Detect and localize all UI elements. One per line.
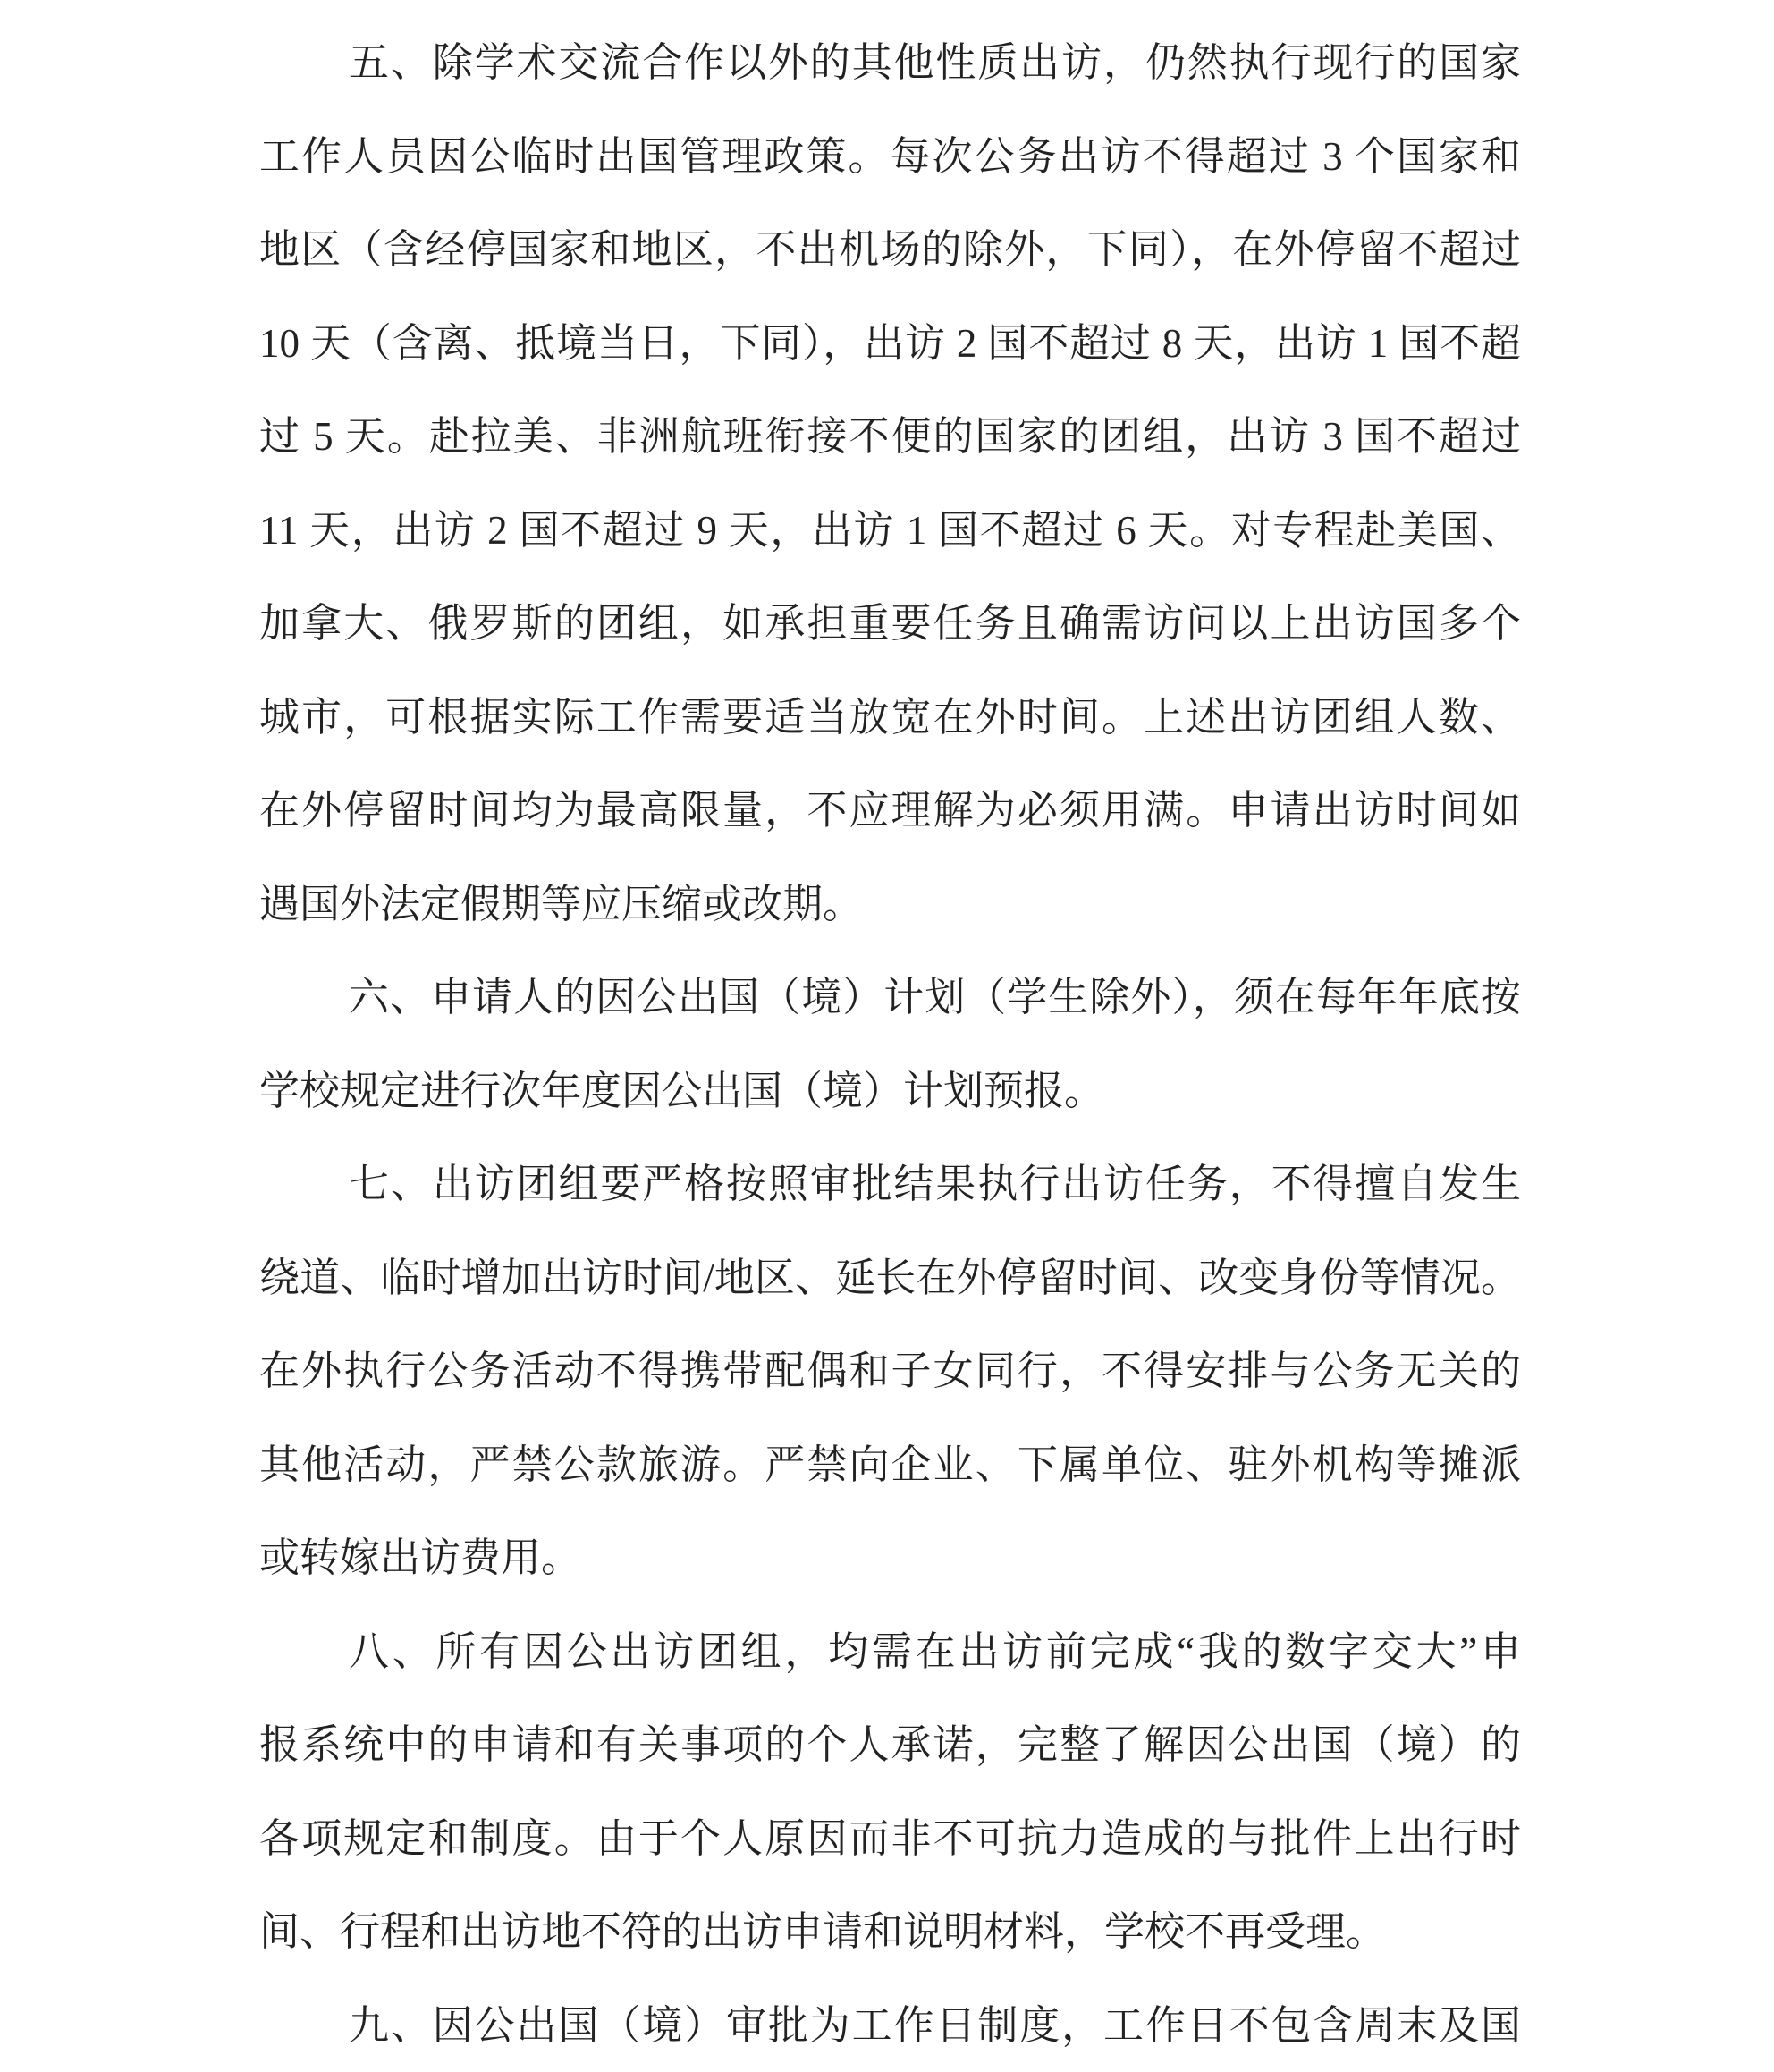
text-line: 间、行程和出访地不符的出访申请和说明材料，学校不再受理。 <box>259 1885 1521 1979</box>
paragraph: 六、申请人的因公出国（境）计划（学生除外），须在每年年底按学校规定进行次年度因公… <box>259 951 1521 1137</box>
text-line: 城市，可根据实际工作需要适当放宽在外时间。上述出访团组人数、 <box>259 671 1521 765</box>
text-line: 八、所有因公出访团组，均需在出访前完成“我的数字交大”申 <box>259 1605 1521 1699</box>
text-line: 六、申请人的因公出国（境）计划（学生除外），须在每年年底按 <box>259 951 1521 1044</box>
paragraph: 七、出访团组要严格按照审批结果执行出访任务，不得擅自发生绕道、临时增加出访时间/… <box>259 1137 1521 1605</box>
text-line: 绕道、临时增加出访时间/地区、延长在外停留时间、改变身份等情况。 <box>259 1231 1521 1325</box>
text-line: 七、出访团组要严格按照审批结果执行出访任务，不得擅自发生 <box>259 1137 1521 1231</box>
text-line: 工作人员因公临时出国管理政策。每次公务出访不得超过 3 个国家和 <box>259 110 1521 204</box>
text-line: 各项规定和制度。由于个人原因而非不可抗力造成的与批件上出行时 <box>259 1792 1521 1886</box>
paragraph: 八、所有因公出访团组，均需在出访前完成“我的数字交大”申报系统中的申请和有关事项… <box>259 1605 1521 1979</box>
text-line: 在外执行公务活动不得携带配偶和子女同行，不得安排与公务无关的 <box>259 1324 1521 1418</box>
text-line: 遇国外法定假期等应压缩或改期。 <box>259 858 1521 951</box>
text-line: 五、除学术交流合作以外的其他性质出访，仍然执行现行的国家 <box>259 16 1521 110</box>
text-line: 10 天（含离、抵境当日，下同），出访 2 国不超过 8 天，出访 1 国不超 <box>259 297 1521 391</box>
document-body: 五、除学术交流合作以外的其他性质出访，仍然执行现行的国家工作人员因公临时出国管理… <box>259 16 1521 2072</box>
text-line: 加拿大、俄罗斯的团组，如承担重要任务且确需访问以上出访国多个 <box>259 577 1521 671</box>
text-line: 地区（含经停国家和地区，不出机场的除外，下同），在外停留不超过 <box>259 203 1521 297</box>
text-line: 其他活动，严禁公款旅游。严禁向企业、下属单位、驻外机构等摊派 <box>259 1418 1521 1512</box>
text-line: 或转嫁出访费用。 <box>259 1511 1521 1605</box>
text-line: 九、因公出国（境）审批为工作日制度，工作日不包含周末及国 <box>259 1979 1521 2072</box>
document-page: 五、除学术交流合作以外的其他性质出访，仍然执行现行的国家工作人员因公临时出国管理… <box>0 0 1774 2072</box>
paragraph: 九、因公出国（境）审批为工作日制度，工作日不包含周末及国 <box>259 1979 1521 2072</box>
text-line: 在外停留时间均为最高限量，不应理解为必须用满。申请出访时间如 <box>259 764 1521 858</box>
paragraph: 五、除学术交流合作以外的其他性质出访，仍然执行现行的国家工作人员因公临时出国管理… <box>259 16 1521 951</box>
text-line: 报系统中的申请和有关事项的个人承诺，完整了解因公出国（境）的 <box>259 1698 1521 1792</box>
text-line: 学校规定进行次年度因公出国（境）计划预报。 <box>259 1044 1521 1138</box>
text-line: 过 5 天。赴拉美、非洲航班衔接不便的国家的团组，出访 3 国不超过 <box>259 390 1521 484</box>
text-line: 11 天，出访 2 国不超过 9 天，出访 1 国不超过 6 天。对专程赴美国、 <box>259 484 1521 578</box>
